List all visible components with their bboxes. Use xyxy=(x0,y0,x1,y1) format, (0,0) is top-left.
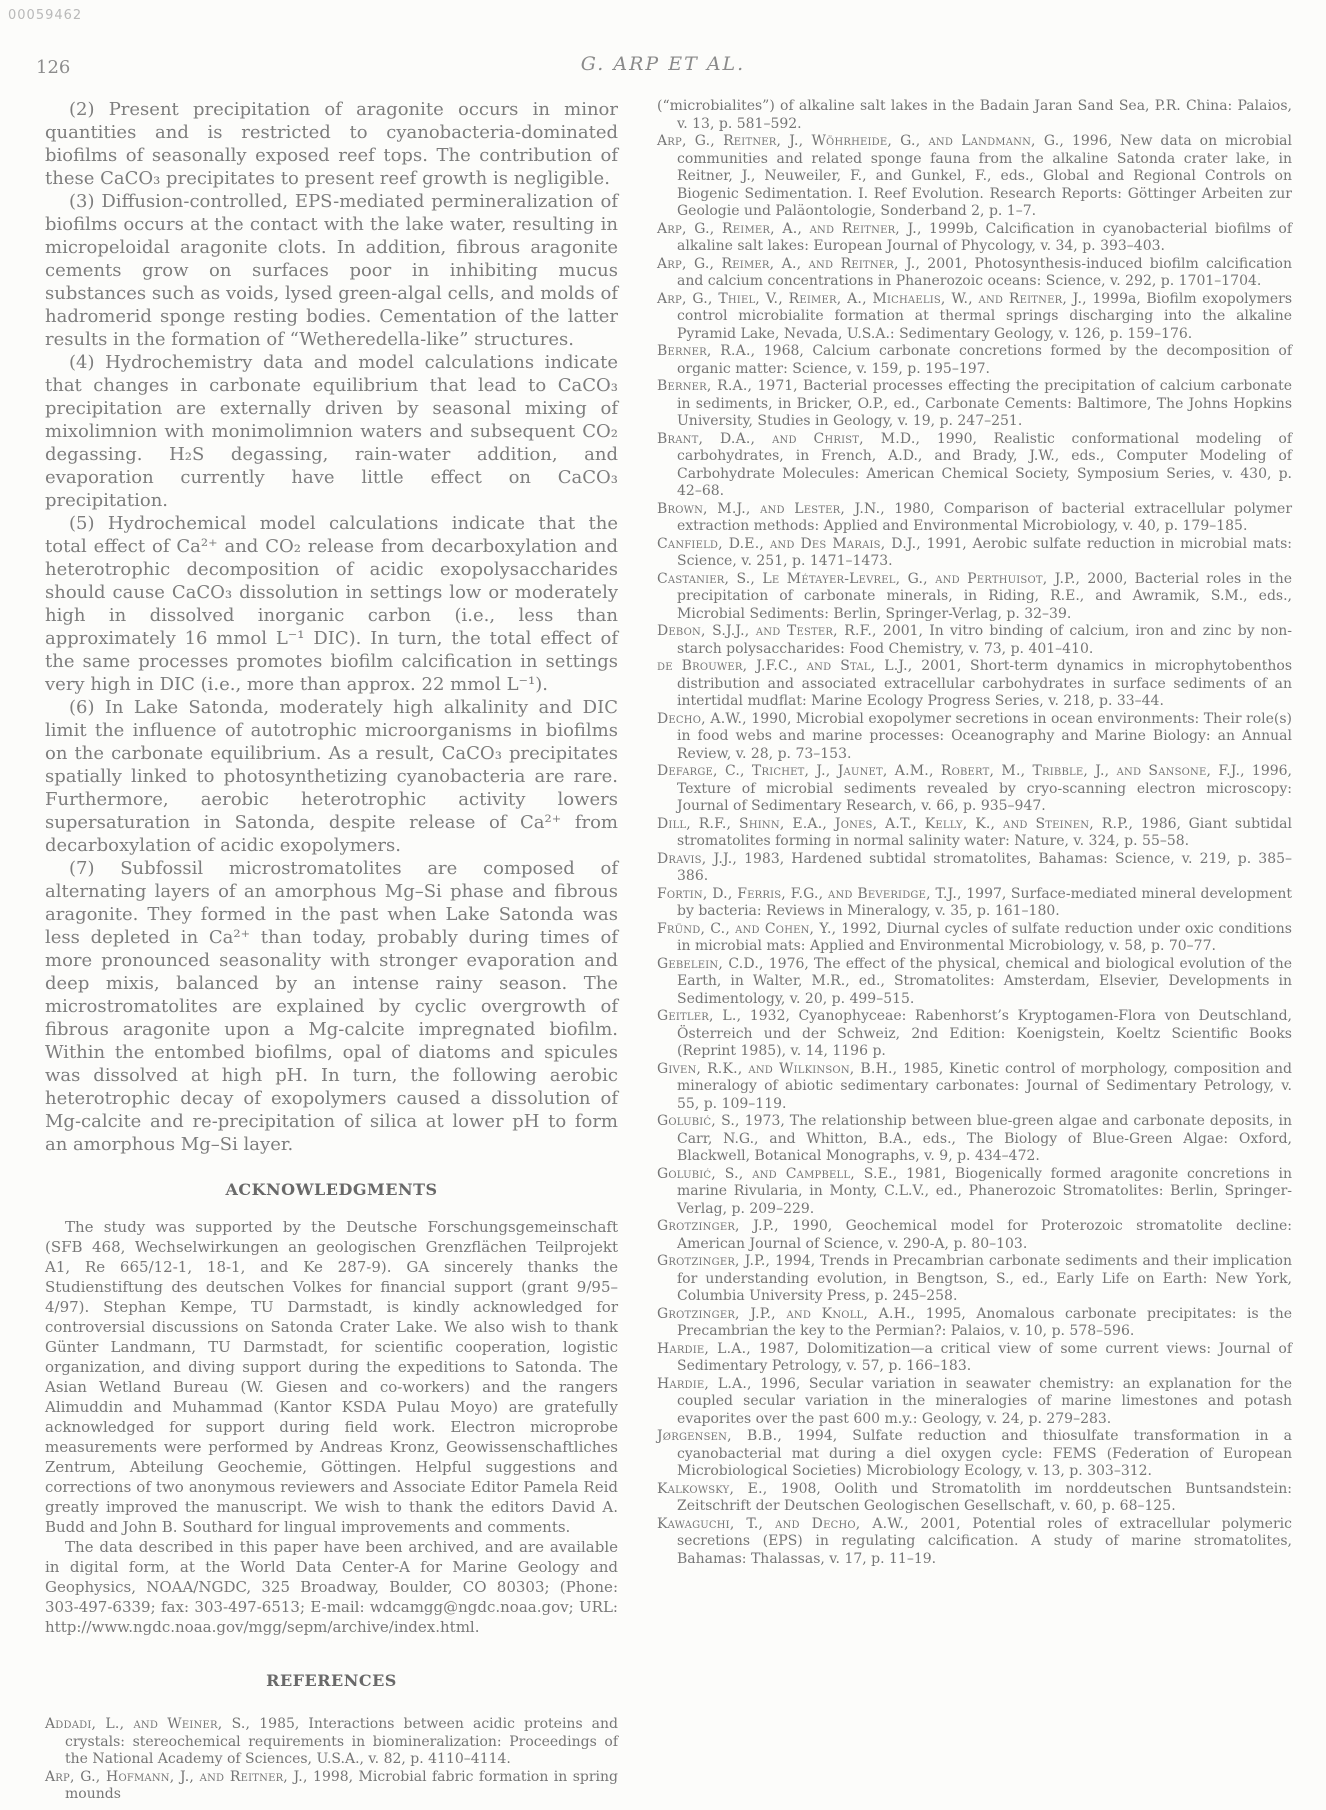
two-column-layout: (2) Present precipitation of aragonite o… xyxy=(45,98,1292,1804)
conclusion-paragraph: (6) In Lake Satonda, moderately high alk… xyxy=(45,696,618,857)
reference-authors: Canfield, D.E., and Des Marais, D.J., xyxy=(657,536,921,552)
reference-authors: Grotzinger, J.P., and Knoll, A.H., xyxy=(657,1306,915,1322)
reference-entry: Dravis, J.J., 1983, Hardened subtidal st… xyxy=(657,851,1292,886)
reference-details: (“microbialites”) of alkaline salt lakes… xyxy=(657,98,1292,132)
reference-details: 1994, Trends in Precambrian carbonate se… xyxy=(677,1253,1292,1304)
conclusion-paragraph: (4) Hydrochemistry data and model calcul… xyxy=(45,351,618,512)
reference-authors: Dravis, J.J., xyxy=(657,851,737,867)
reference-entry: Gebelein, C.D., 1976, The effect of the … xyxy=(657,956,1292,1009)
reference-entry: Arp, G., Reimer, A., and Reitner, J., 19… xyxy=(657,221,1292,256)
reference-details: 1976, The effect of the physical, chemic… xyxy=(677,956,1292,1007)
reference-entry: Arp, G., Hofmann, J., and Reitner, J., 1… xyxy=(45,1769,618,1804)
reference-entry: Fortin, D., Ferris, F.G., and Beveridge,… xyxy=(657,886,1292,921)
reference-authors: Grotzinger, J.P., xyxy=(657,1253,770,1269)
reference-authors: Brant, D.A., and Christ, M.D., xyxy=(657,431,920,447)
reference-details: 1996, Secular variation in seawater chem… xyxy=(677,1376,1292,1427)
conclusion-paragraph: (3) Diffusion-controlled, EPS-mediated p… xyxy=(45,190,618,351)
reference-entry: Geitler, L., 1932, Cyanophyceae: Rabenho… xyxy=(657,1008,1292,1061)
reference-details: 1990, Microbial exopolymer secretions in… xyxy=(677,711,1292,762)
reference-authors: Geitler, L., xyxy=(657,1008,741,1024)
reference-details: 1932, Cyanophyceae: Rabenhorst’s Kryptog… xyxy=(677,1008,1292,1059)
reference-entry: Grotzinger, J.P., 1990, Geochemical mode… xyxy=(657,1218,1292,1253)
reference-entry: Golubić, S., 1973, The relationship betw… xyxy=(657,1113,1292,1166)
acknowledgments-heading: ACKNOWLEDGMENTS xyxy=(45,1180,618,1199)
reference-authors: Golubić, S., and Campbell, S.E., xyxy=(657,1166,897,1182)
reference-entry: Kawaguchi, T., and Decho, A.W., 2001, Po… xyxy=(657,1516,1292,1569)
reference-entry: Given, R.K., and Wilkinson, B.H., 1985, … xyxy=(657,1061,1292,1114)
reference-details: 1908, Oolith und Stromatolith im norddeu… xyxy=(677,1481,1292,1515)
reference-details: 1973, The relationship between blue-gree… xyxy=(677,1113,1292,1164)
reference-entry: Arp, G., Reitner, J., Wöhrheide, G., and… xyxy=(657,133,1292,221)
reference-entry: Grotzinger, J.P., and Knoll, A.H., 1995,… xyxy=(657,1306,1292,1341)
reference-details: 1968, Calcium carbonate concretions form… xyxy=(677,343,1292,377)
left-column: (2) Present precipitation of aragonite o… xyxy=(45,98,618,1804)
reference-authors: Debon, S.J.J., and Tester, R.F., xyxy=(657,623,877,639)
page-number: 126 xyxy=(36,57,70,78)
reference-entry: Brown, M.J., and Lester, J.N., 1980, Com… xyxy=(657,501,1292,536)
reference-authors: Hardie, L.A., xyxy=(657,1376,752,1392)
reference-authors: Golubić, S., xyxy=(657,1113,740,1129)
running-title: G. ARP ET AL. xyxy=(581,53,745,75)
reference-entry: Kalkowsky, E., 1908, Oolith und Stromato… xyxy=(657,1481,1292,1516)
conclusion-paragraph: (7) Subfossil microstromatolites are com… xyxy=(45,857,618,1156)
reference-authors: Arp, G., Reimer, A., and Reitner, J., xyxy=(657,256,920,272)
reference-authors: Gebelein, C.D., xyxy=(657,956,764,972)
reference-entry: Berner, R.A., 1968, Calcium carbonate co… xyxy=(657,343,1292,378)
reference-entry: Fründ, C., and Cohen, Y., 1992, Diurnal … xyxy=(657,921,1292,956)
reference-authors: Brown, M.J., and Lester, J.N., xyxy=(657,501,885,517)
acknowledgments-paragraph: The data described in this paper have be… xyxy=(45,1537,618,1637)
reference-authors: de Brouwer, J.F.C., and Stal, L.J., xyxy=(657,658,912,674)
right-column: (“microbialites”) of alkaline salt lakes… xyxy=(657,98,1292,1804)
reference-entry: Hardie, L.A., 1996, Secular variation in… xyxy=(657,1376,1292,1429)
conclusion-paragraph: (5) Hydrochemical model calculations ind… xyxy=(45,512,618,696)
reference-entry: Castanier, S., Le Métayer-Levrel, G., an… xyxy=(657,571,1292,624)
acknowledgments-section: The study was supported by the Deutsche … xyxy=(45,1217,618,1637)
reference-authors: Defarge, C., Trichet, J., Jaunet, A.M., … xyxy=(657,763,1245,779)
reference-authors: Jørgensen, B.B., xyxy=(657,1428,782,1444)
reference-authors: Kawaguchi, T., and Decho, A.W., xyxy=(657,1516,909,1532)
reference-details: 1971, Bacterial processes effecting the … xyxy=(677,378,1292,429)
reference-authors: Castanier, S., Le Métayer-Levrel, G., an… xyxy=(657,571,1080,587)
reference-entry: Canfield, D.E., and Des Marais, D.J., 19… xyxy=(657,536,1292,571)
conclusion-paragraph: (2) Present precipitation of aragonite o… xyxy=(45,98,618,190)
reference-entry: Debon, S.J.J., and Tester, R.F., 2001, I… xyxy=(657,623,1292,658)
reference-details: 1987, Dolomitization—a critical view of … xyxy=(677,1341,1292,1375)
reference-entry: Dill, R.F., Shinn, E.A., Jones, A.T., Ke… xyxy=(657,816,1292,851)
references-left-list: Addadi, L., and Weiner, S., 1985, Intera… xyxy=(45,1716,618,1804)
reference-entry: Berner, R.A., 1971, Bacterial processes … xyxy=(657,378,1292,431)
reference-entry: Arp, G., Reimer, A., and Reitner, J., 20… xyxy=(657,256,1292,291)
reference-entry: Grotzinger, J.P., 1994, Trends in Precam… xyxy=(657,1253,1292,1306)
reference-authors: Fortin, D., Ferris, F.G., and Beveridge,… xyxy=(657,886,962,902)
reference-authors: Berner, R.A., xyxy=(657,378,752,394)
reference-entry: Defarge, C., Trichet, J., Jaunet, A.M., … xyxy=(657,763,1292,816)
reference-entry: de Brouwer, J.F.C., and Stal, L.J., 2001… xyxy=(657,658,1292,711)
reference-authors: Given, R.K., and Wilkinson, B.H., xyxy=(657,1061,897,1077)
reference-authors: Fründ, C., and Cohen, Y., xyxy=(657,921,836,937)
reference-entry: Golubić, S., and Campbell, S.E., 1981, B… xyxy=(657,1166,1292,1219)
reference-authors: Arp, G., Reimer, A., and Reitner, J., xyxy=(657,221,922,237)
conclusions-section: (2) Present precipitation of aragonite o… xyxy=(45,98,618,1156)
scan-number: 00059462 xyxy=(8,8,82,23)
acknowledgments-paragraph: The study was supported by the Deutsche … xyxy=(45,1217,618,1537)
reference-entry: Hardie, L.A., 1987, Dolomitization—a cri… xyxy=(657,1341,1292,1376)
reference-authors: Arp, G., Hofmann, J., and Reitner, J., xyxy=(45,1769,308,1785)
reference-authors: Addadi, L., and Weiner, S., xyxy=(45,1716,250,1732)
reference-authors: Hardie, L.A., xyxy=(657,1341,751,1357)
reference-authors: Dill, R.F., Shinn, E.A., Jones, A.T., Ke… xyxy=(657,816,1133,832)
reference-entry: Brant, D.A., and Christ, M.D., 1990, Rea… xyxy=(657,431,1292,501)
references-heading: REFERENCES xyxy=(45,1671,618,1690)
reference-authors: Decho, A.W., xyxy=(657,711,747,727)
reference-entry: Decho, A.W., 1990, Microbial exopolymer … xyxy=(657,711,1292,764)
reference-entry: Addadi, L., and Weiner, S., 1985, Intera… xyxy=(45,1716,618,1769)
reference-entry: Arp, G., Thiel, V., Reimer, A., Michaeli… xyxy=(657,291,1292,344)
reference-authors: Kalkowsky, E., xyxy=(657,1481,767,1497)
reference-authors: Grotzinger, J.P., xyxy=(657,1218,779,1234)
reference-entry: (“microbialites”) of alkaline salt lakes… xyxy=(657,98,1292,133)
reference-details: 1983, Hardened subtidal stromatolites, B… xyxy=(677,851,1292,885)
reference-entry: Jørgensen, B.B., 1994, Sulfate reduction… xyxy=(657,1428,1292,1481)
reference-authors: Arp, G., Thiel, V., Reimer, A., Michaeli… xyxy=(657,291,1087,307)
scanned-paper-page: 00059462 126 G. ARP ET AL. (2) Present p… xyxy=(0,0,1326,1810)
reference-authors: Arp, G., Reitner, J., Wöhrheide, G., and… xyxy=(657,133,1064,149)
reference-authors: Berner, R.A., xyxy=(657,343,755,359)
references-right-list: (“microbialites”) of alkaline salt lakes… xyxy=(657,98,1292,1568)
